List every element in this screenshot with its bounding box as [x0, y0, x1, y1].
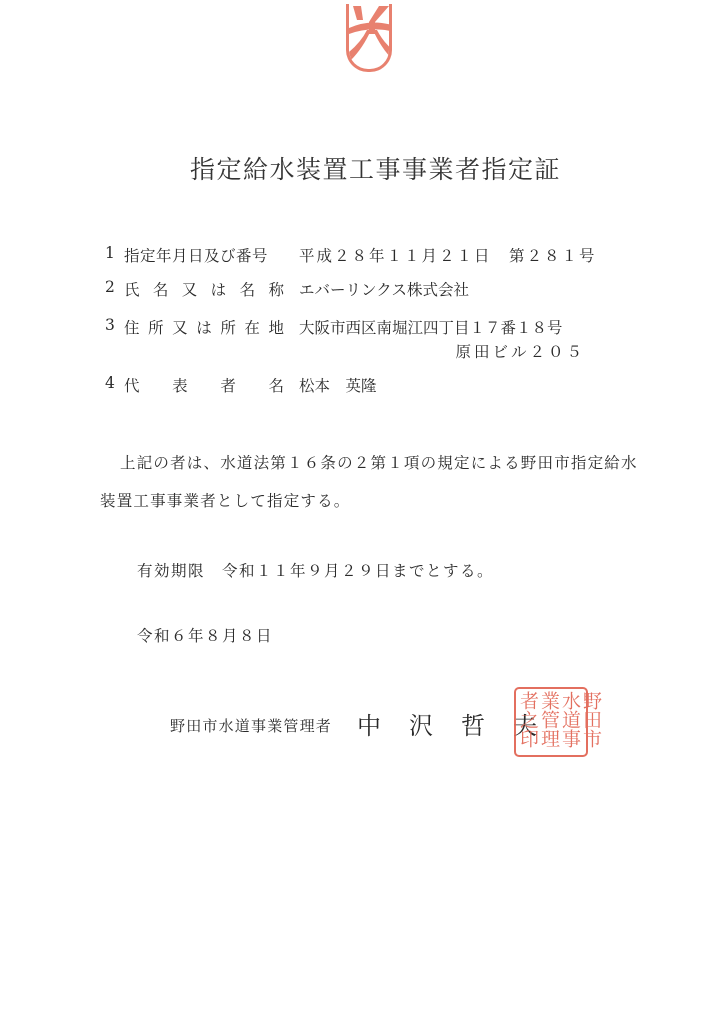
label-char: 名: [153, 278, 169, 300]
partial-seal-stamp-top: [346, 4, 392, 72]
label-char: は: [196, 316, 212, 338]
item-label: 代 表 者 名: [124, 374, 284, 396]
label-char: 在: [244, 316, 260, 338]
validity-period: 有効期限 令和１１年９月２９日までとする。: [137, 559, 494, 581]
item-number: 2: [105, 278, 115, 296]
label-char: 名: [268, 374, 284, 396]
seal-column: 業管理: [538, 691, 559, 753]
item-label: 指定年月日及び番号: [124, 244, 284, 266]
seal-column: 野田市: [580, 691, 601, 753]
seal-text: 水道事: [559, 691, 580, 748]
label-char: 所: [148, 316, 164, 338]
issue-date: 令和６年８月８日: [137, 624, 273, 646]
label-char: 名: [240, 278, 256, 300]
item-value: 大阪市西区南堀江四丁目１７番１８号: [299, 316, 563, 338]
label-char: 者: [220, 374, 236, 396]
item-value-line2: 原田ビル２０５: [455, 340, 585, 362]
label-char: 代: [124, 374, 140, 396]
body-paragraph-line2: 装置工事事業者として指定する。: [100, 489, 351, 511]
item-label: 住 所 又 は 所 在 地: [124, 316, 284, 338]
item-value: 松本 英隆: [299, 374, 377, 396]
label-char: は: [211, 278, 227, 300]
label-char: 称: [268, 278, 284, 300]
item-value: 平成２８年１１月２１日 第２８１号: [299, 244, 597, 266]
seal-column: 者之印: [517, 691, 538, 753]
item-label: 氏 名 又 は 名 称: [124, 278, 284, 300]
item-number: 3: [105, 316, 115, 334]
document-title: 指定給水装置工事事業者指定証: [190, 150, 561, 186]
label-char: 表: [172, 374, 188, 396]
official-seal-stamp: 野田市 水道事 業管理 者之印: [514, 687, 588, 757]
label-char: 住: [124, 316, 140, 338]
label-char: 氏: [124, 278, 140, 300]
item-number: 4: [105, 374, 115, 392]
body-paragraph-line1: 上記の者は、水道法第１６条の２第１項の規定による野田市指定給水: [120, 451, 638, 473]
label-char: 又: [182, 278, 198, 300]
item-value: エバーリンクス株式会社: [299, 278, 469, 300]
seal-text: 者之印: [517, 691, 538, 748]
seal-glyph-icon: [349, 4, 392, 72]
seal-text: 業管理: [538, 691, 559, 748]
item-number: 1: [105, 244, 115, 262]
label-char: 所: [220, 316, 236, 338]
issuer-title: 野田市水道事業管理者: [170, 715, 332, 736]
label-char: 又: [172, 316, 188, 338]
seal-column: 水道事: [559, 691, 580, 753]
label-char: 地: [268, 316, 284, 338]
seal-text: 野田市: [580, 691, 601, 748]
